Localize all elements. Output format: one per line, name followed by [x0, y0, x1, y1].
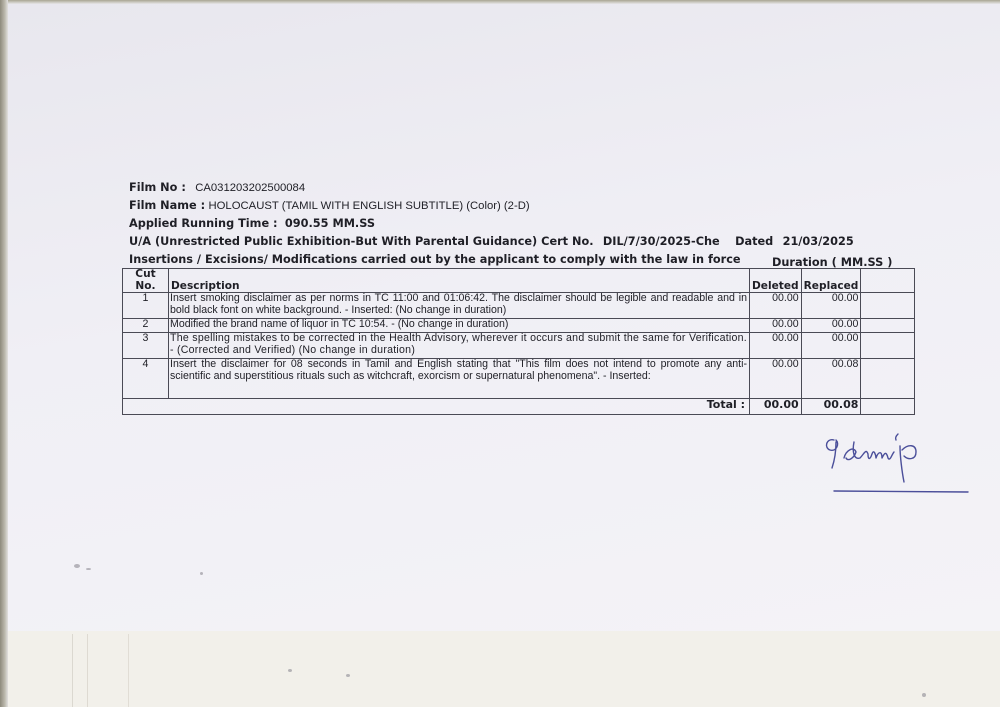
table-row: 2 Modified the brand name of liquor in T…: [123, 319, 915, 333]
film-no-field: Film No : CA031203202500084: [129, 180, 305, 194]
replaced-duration: 00.00: [801, 333, 861, 359]
handwritten-signature-icon: [820, 432, 970, 497]
total-deleted: 00.00: [750, 399, 802, 415]
scan-speck: [288, 669, 292, 672]
film-name-field: Film Name : HOLOCAUST (TAMIL WITH ENGLIS…: [129, 198, 530, 212]
empty-cell: [861, 399, 915, 415]
certificate-number: DIL/7/30/2025-Che: [603, 235, 720, 248]
header-replaced: Replaced: [801, 269, 861, 293]
header-extra: [861, 269, 915, 293]
scan-edge-left: [0, 0, 8, 707]
total-label: Total :: [123, 399, 750, 415]
total-replaced: 00.08: [801, 399, 861, 415]
cut-number: 4: [123, 359, 169, 399]
film-name-label: Film Name :: [129, 199, 205, 212]
empty-cell: [861, 293, 915, 319]
deleted-duration: 00.00: [750, 319, 802, 333]
cut-number: 3: [123, 333, 169, 359]
deleted-duration: 00.00: [750, 359, 802, 399]
certificate-type: U/A (Unrestricted Public Exhibition-But …: [129, 235, 594, 248]
section-heading: Insertions / Excisions/ Modifications ca…: [129, 253, 741, 266]
film-no-label: Film No :: [129, 181, 186, 194]
running-time-value: 090.55 MM.SS: [285, 217, 375, 230]
scan-speck: [346, 674, 350, 677]
header-description: Description: [169, 269, 750, 293]
scan-speck: [86, 568, 91, 570]
replaced-duration: 00.00: [801, 293, 861, 319]
cuts-table: Cut No. Description Deleted Replaced 1 I…: [122, 268, 915, 415]
table-row: 1 Insert smoking disclaimer as per norms…: [123, 293, 915, 319]
film-no-value: CA031203202500084: [195, 182, 305, 194]
page-crease: [128, 634, 129, 707]
table-header-row: Cut No. Description Deleted Replaced: [123, 269, 915, 293]
signature: [820, 432, 970, 497]
header-cut-no: Cut No.: [123, 269, 169, 293]
replaced-duration: 00.08: [801, 359, 861, 399]
running-time-label: Applied Running Time :: [129, 217, 278, 230]
scan-speck: [74, 564, 80, 568]
table-row: 4 Insert the disclaimer for 08 seconds i…: [123, 359, 915, 399]
page-crease: [72, 634, 73, 707]
cut-number: 2: [123, 319, 169, 333]
deleted-duration: 00.00: [750, 333, 802, 359]
deleted-duration: 00.00: [750, 293, 802, 319]
header-deleted: Deleted: [750, 269, 802, 293]
dated-label: Dated: [735, 235, 773, 248]
film-name-value: HOLOCAUST (TAMIL WITH ENGLISH SUBTITLE) …: [208, 200, 529, 212]
total-row: Total : 00.00 00.08: [123, 399, 915, 415]
certificate-line: U/A (Unrestricted Public Exhibition-But …: [129, 234, 854, 248]
cut-description: Insert smoking disclaimer as per norms i…: [169, 293, 750, 319]
empty-cell: [861, 333, 915, 359]
scan-speck: [922, 693, 926, 697]
empty-cell: [861, 359, 915, 399]
certificate-date: 21/03/2025: [783, 235, 854, 248]
page-crease: [87, 634, 88, 707]
replaced-duration: 00.00: [801, 319, 861, 333]
scan-speck: [200, 572, 203, 575]
table-row: 3 The spelling mistakes to be corrected …: [123, 333, 915, 359]
running-time-field: Applied Running Time : 090.55 MM.SS: [129, 216, 375, 230]
cut-description: Insert the disclaimer for 08 seconds in …: [169, 359, 750, 399]
section-heading-row: Insertions / Excisions/ Modifications ca…: [129, 253, 909, 267]
underlying-page: [8, 631, 1000, 707]
cut-number: 1: [123, 293, 169, 319]
empty-cell: [861, 319, 915, 333]
cut-description: Modified the brand name of liquor in TC …: [169, 319, 750, 333]
cut-description: The spelling mistakes to be corrected in…: [169, 333, 750, 359]
